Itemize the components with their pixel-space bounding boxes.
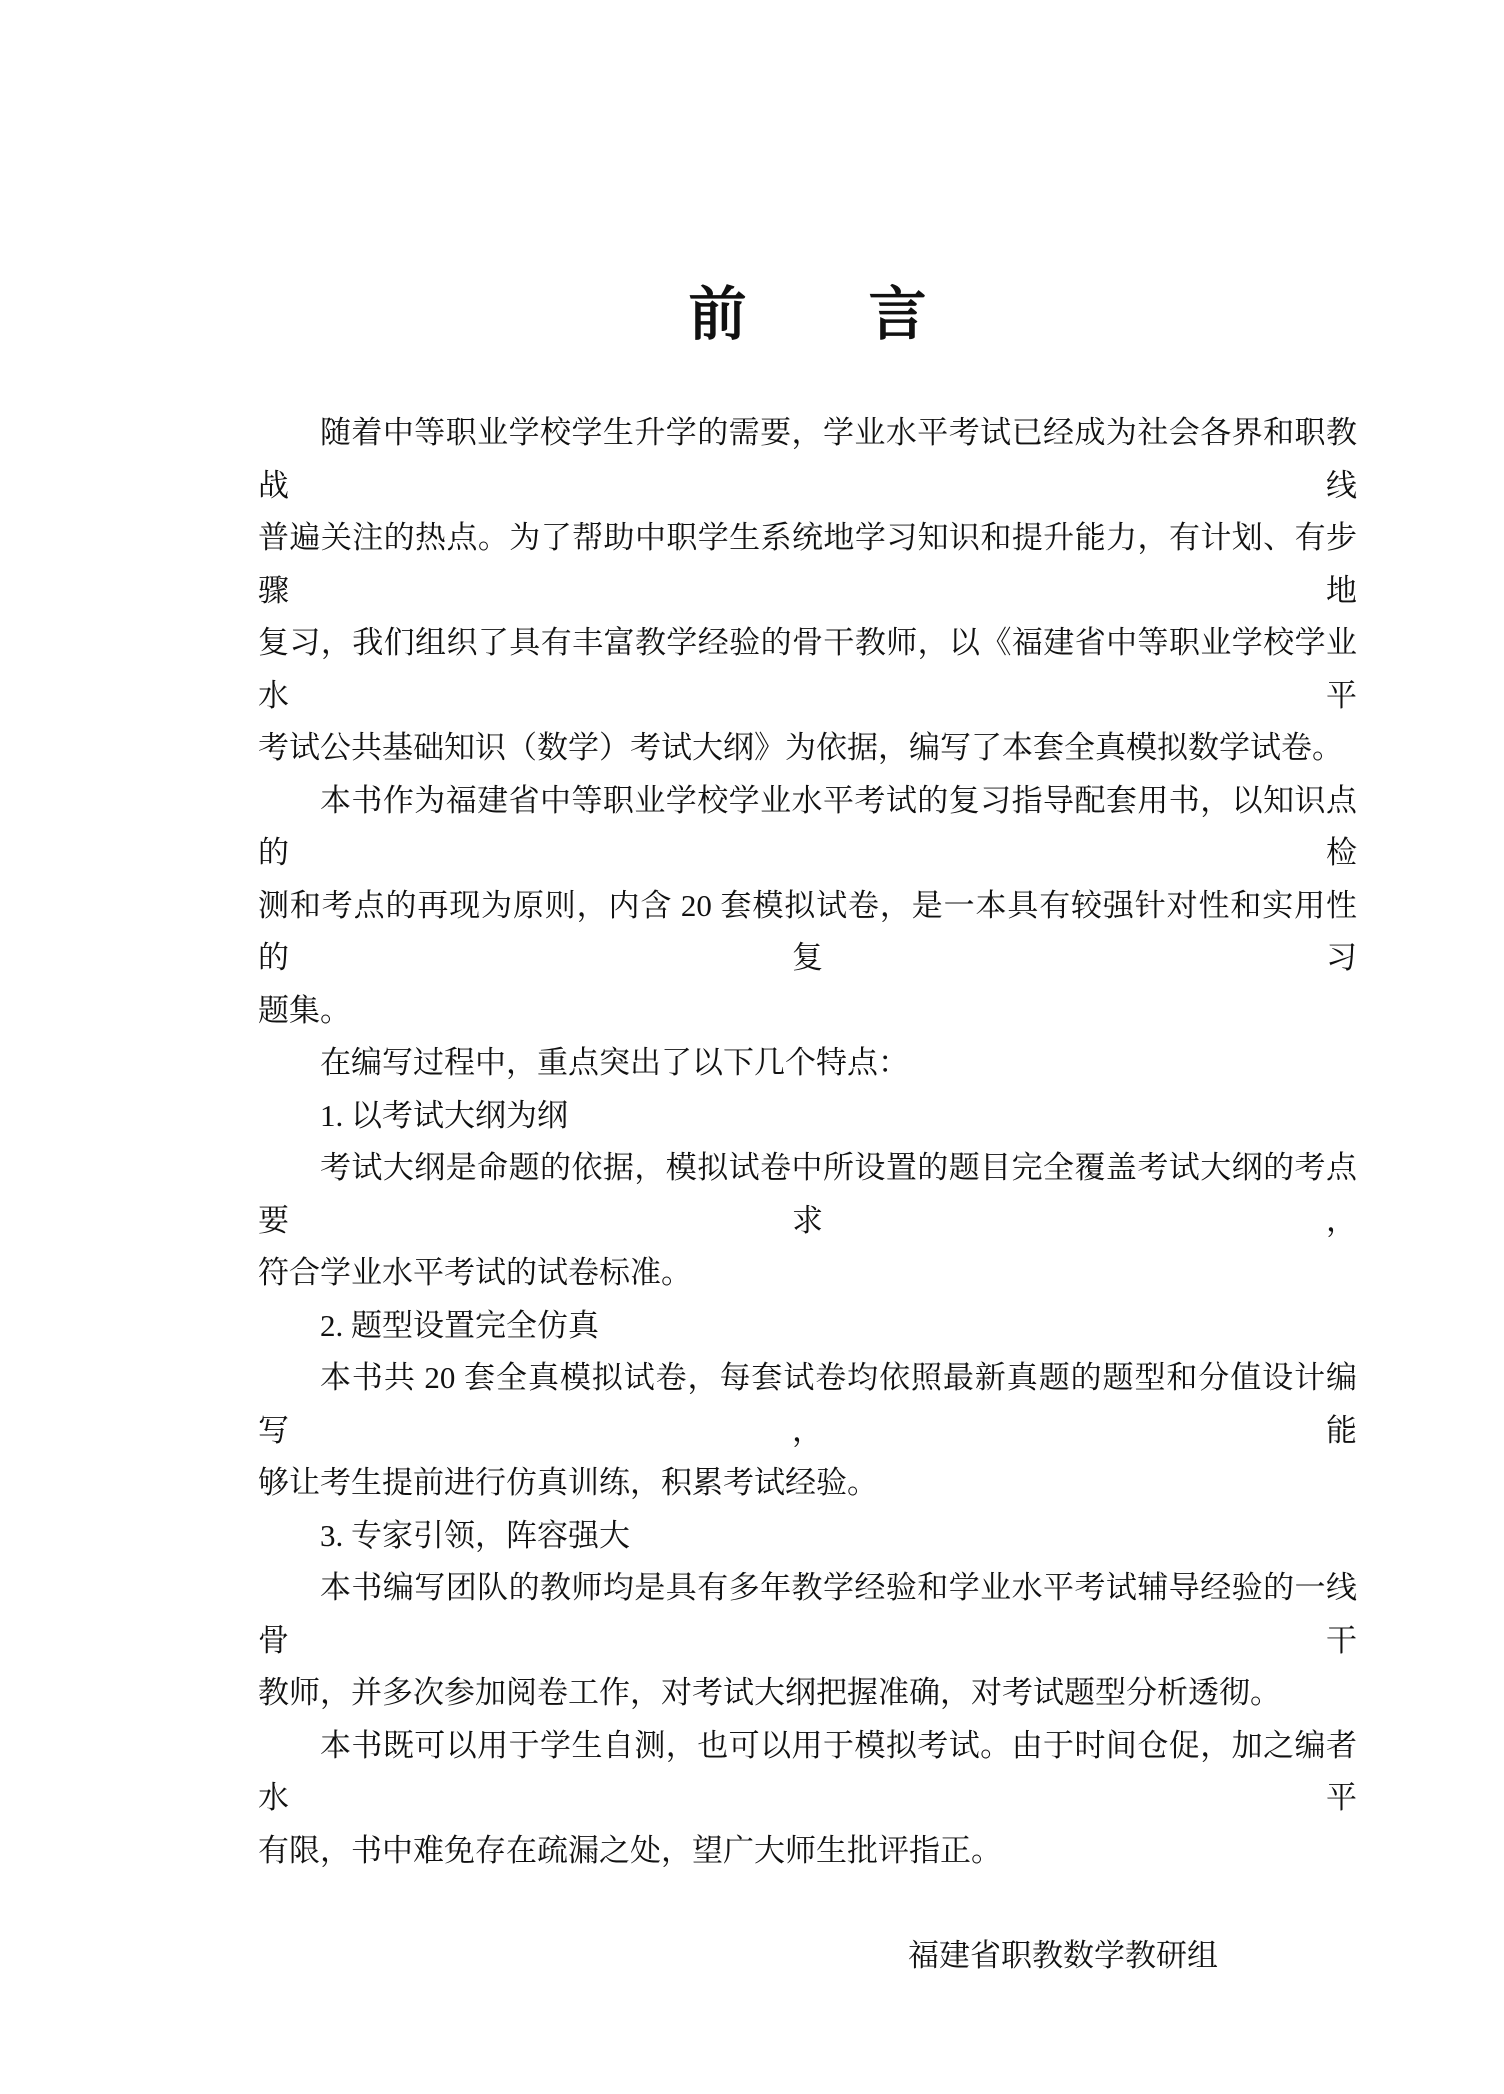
body-line: 教师，并多次参加阅卷工作，对考试大纲把握准确，对考试题型分析透彻。	[258, 1667, 1357, 1720]
body-line: 考试公共基础知识（数学）考试大纲》为依据，编写了本套全真模拟数学试卷。	[258, 722, 1357, 775]
body-line: 题集。	[258, 985, 1357, 1038]
body-line: 有限，书中难免存在疏漏之处，望广大师生批评指正。	[258, 1825, 1357, 1878]
text-block: 前 言 随着中等职业学校学生升学的需要，学业水平考试已经成为社会各界和职教战线 …	[0, 286, 1504, 1982]
body-line: 复习，我们组织了具有丰富教学经验的骨干教师，以《福建省中等职业学校学业水平	[258, 617, 1357, 722]
body-line: 3. 专家引领，阵容强大	[258, 1510, 1357, 1563]
body-line: 本书共 20 套全真模拟试卷，每套试卷均依照最新真题的题型和分值设计编写，能	[258, 1352, 1357, 1457]
signature: 福建省职教数学教研组	[258, 1930, 1357, 1983]
body-line: 测和考点的再现为原则，内含 20 套模拟试卷，是一本具有较强针对性和实用性的复习	[258, 880, 1357, 985]
body-line: 随着中等职业学校学生升学的需要，学业水平考试已经成为社会各界和职教战线	[258, 407, 1357, 512]
body-line: 1. 以考试大纲为纲	[258, 1090, 1357, 1143]
body-line: 够让考生提前进行仿真训练，积累考试经验。	[258, 1457, 1357, 1510]
title-char-yan: 言	[869, 286, 927, 344]
body-line: 考试大纲是命题的依据，模拟试卷中所设置的题目完全覆盖考试大纲的考点要求，	[258, 1142, 1357, 1247]
preface-page: 前 言 随着中等职业学校学生升学的需要，学业水平考试已经成为社会各界和职教战线 …	[0, 0, 1504, 2094]
body-line: 普遍关注的热点。为了帮助中职学生系统地学习知识和提升能力，有计划、有步骤地	[258, 512, 1357, 617]
page-title: 前 言	[258, 286, 1357, 344]
body-line: 本书作为福建省中等职业学校学业水平考试的复习指导配套用书，以知识点的检	[258, 775, 1357, 880]
title-char-qian: 前	[688, 286, 746, 344]
body-line: 2. 题型设置完全仿真	[258, 1300, 1357, 1353]
body-line: 本书编写团队的教师均是具有多年教学经验和学业水平考试辅导经验的一线骨干	[258, 1562, 1357, 1667]
body-line: 符合学业水平考试的试卷标准。	[258, 1247, 1357, 1300]
preface-body: 随着中等职业学校学生升学的需要，学业水平考试已经成为社会各界和职教战线 普遍关注…	[258, 407, 1357, 1877]
body-line: 本书既可以用于学生自测，也可以用于模拟考试。由于时间仓促，加之编者水平	[258, 1720, 1357, 1825]
body-line: 在编写过程中，重点突出了以下几个特点：	[258, 1037, 1357, 1090]
